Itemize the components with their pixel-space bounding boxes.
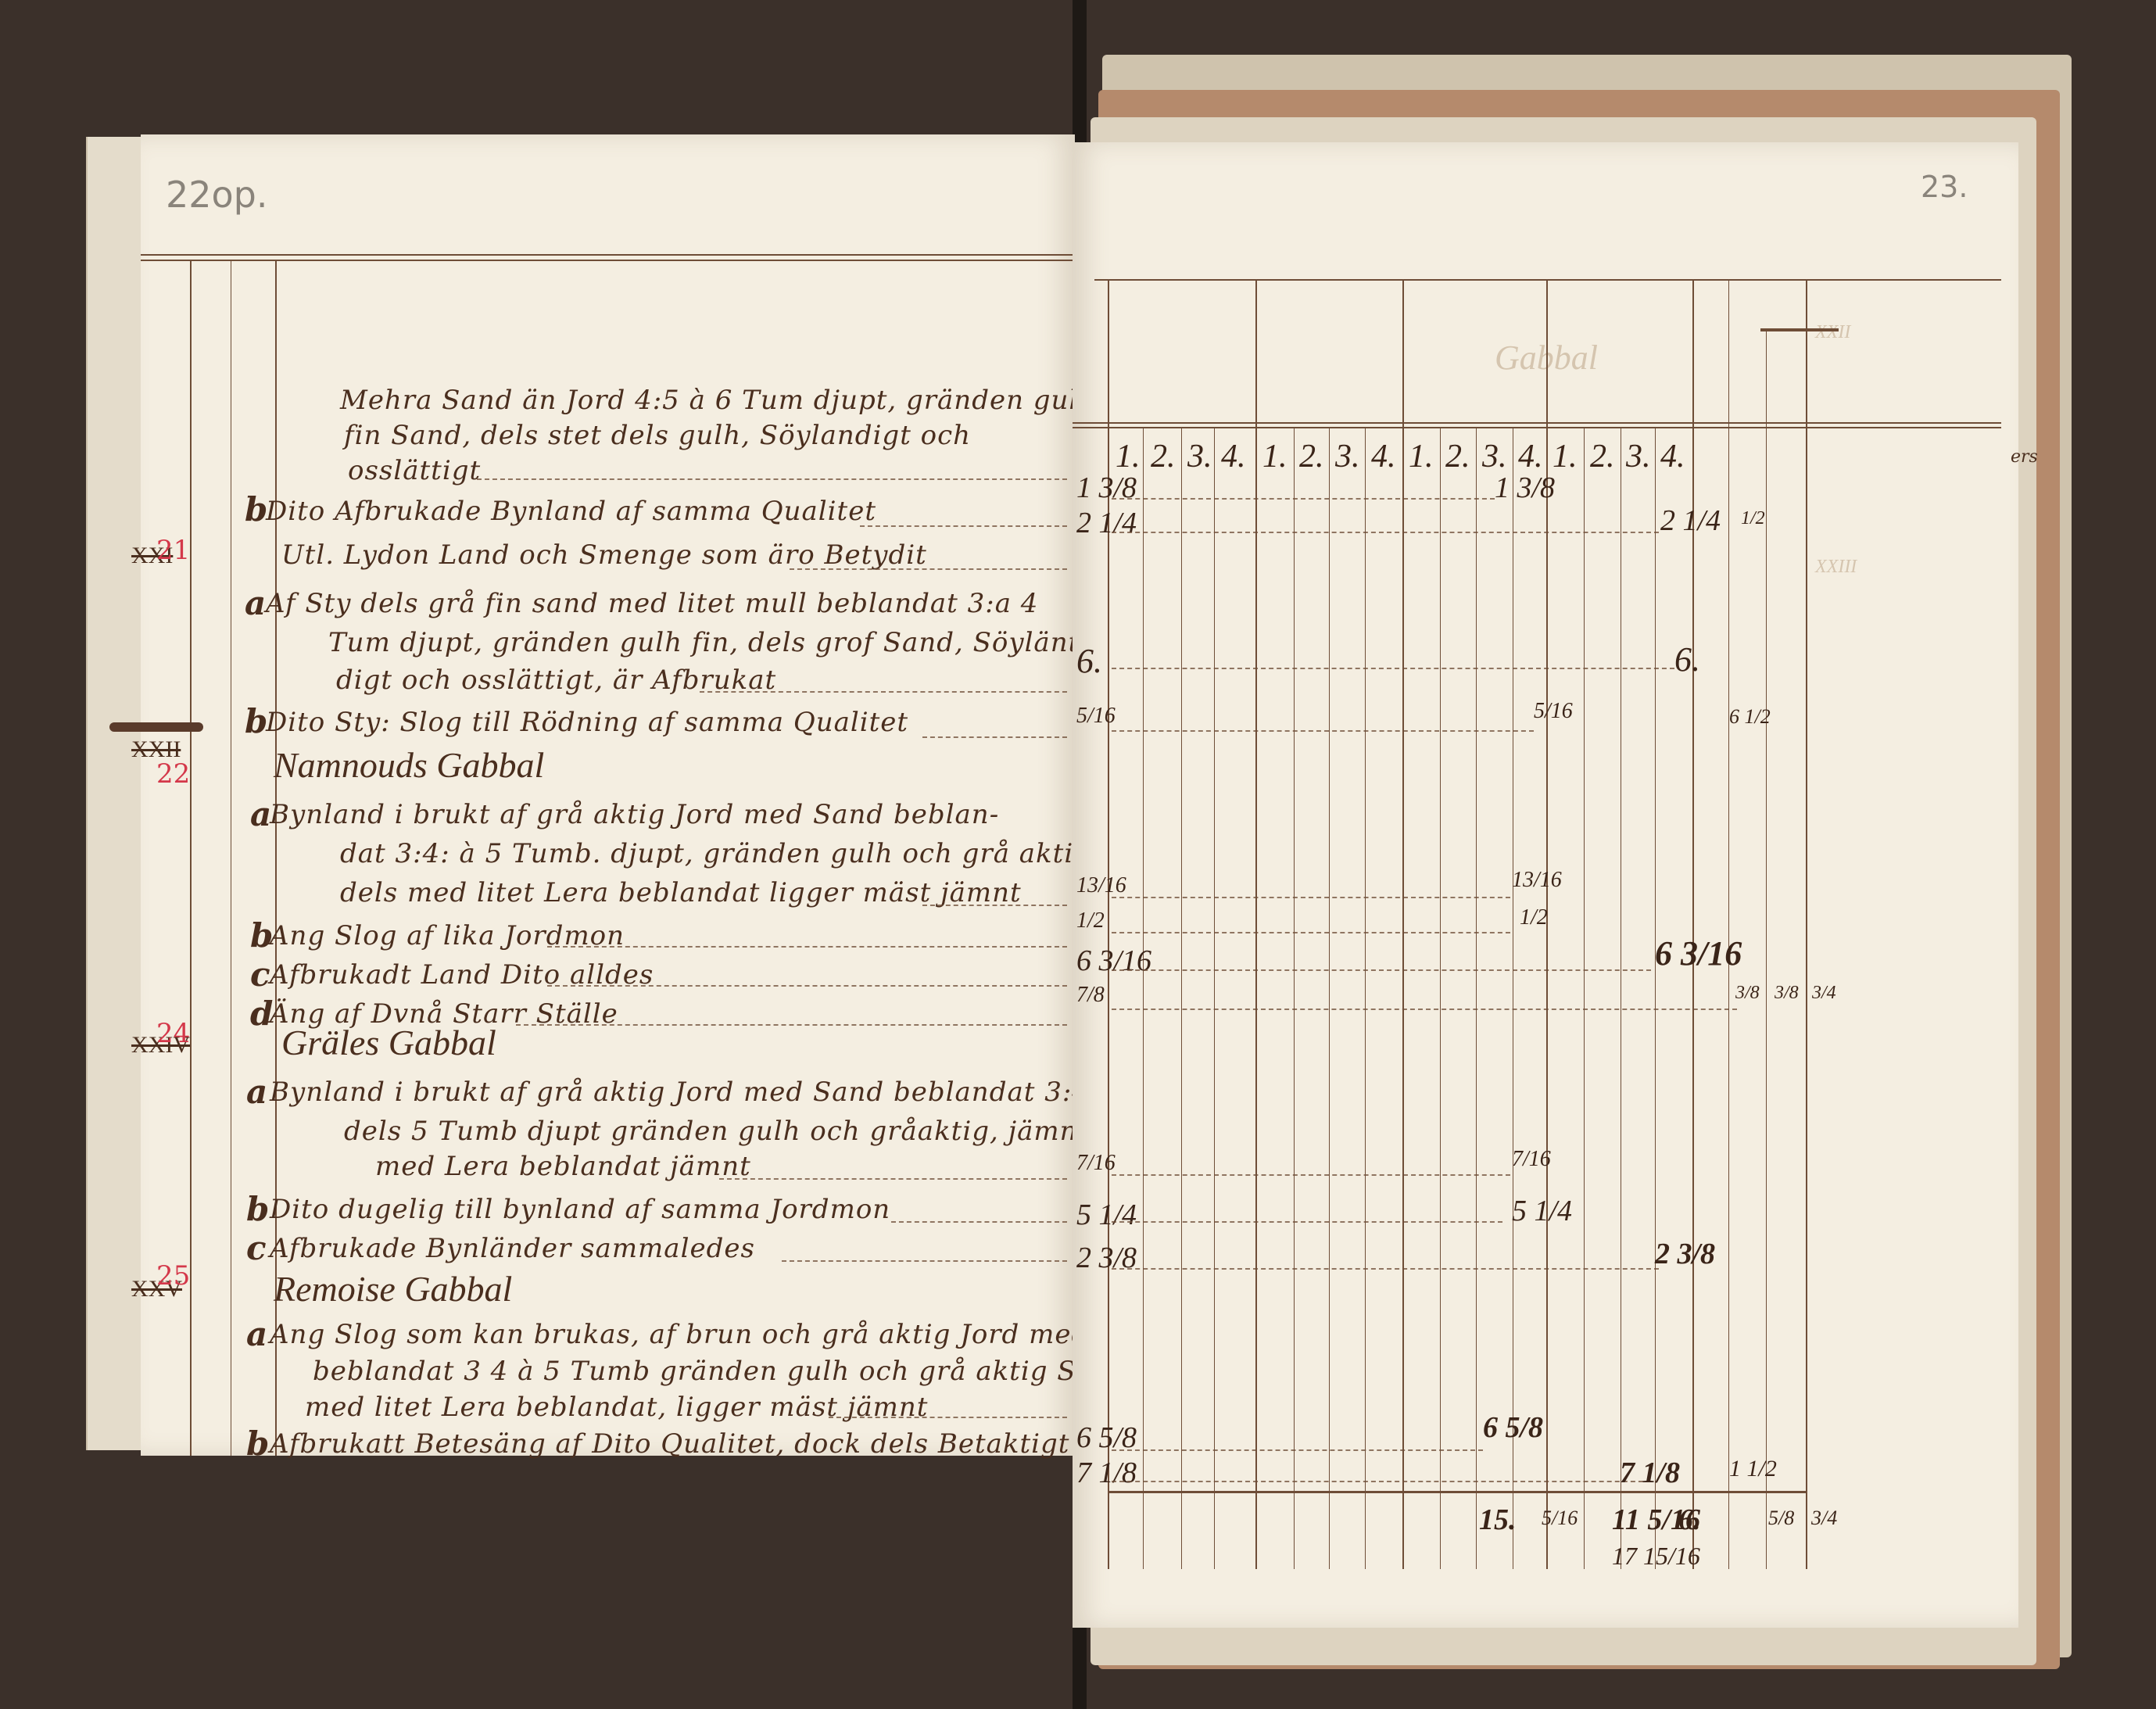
right-page: 23. Gabbal XXII XXIII 1. 2. 3. 4. 1. 2. … [1073,142,2018,1628]
section-arabic-numeral: 25 [156,1260,190,1292]
column-header: 1. [1553,438,1578,475]
intro-line-3: osslättigt [348,455,481,486]
column-header: 4. [1371,438,1396,475]
grand-total: 17 15/16 [1612,1542,1700,1571]
total-value: 15. [1479,1503,1517,1537]
col-rule [1806,279,1807,1569]
entry-text: Dito Sty: Slog till Rödning af samma Qua… [266,707,908,738]
column-header: 4. [1518,438,1543,475]
column-header: 2. [1590,438,1615,475]
col-group-rule [1402,279,1404,1569]
cell-value: 6 1/2 [1729,705,1771,729]
entry-letter: c [250,955,270,994]
cell-value: 13/16 [1512,868,1562,893]
area-value: 6. [1076,641,1102,681]
bleed-through-numeral: XXIII [1815,557,1857,578]
entry-letter: a [245,584,266,622]
total-value: 3/4 [1811,1507,1837,1530]
leader-line [1112,932,1510,933]
column-header: 1. [1116,438,1141,475]
intro-line-2: fin Sand, dels stet dels gulh, Söylandig… [344,420,971,451]
col-rule [1181,428,1182,1569]
leader-line [700,691,1067,693]
entry-letter: b [246,1190,269,1228]
entry-line: Bynland i brukt af grå aktig Jord med Sa… [270,1077,1090,1108]
entry-line: dels 5 Tumb djupt gränden gulh och gråak… [344,1116,1089,1147]
header-bottom-rule [1073,422,2001,424]
leader-line [719,1178,1067,1180]
col-rule [1214,428,1215,1569]
page-pencil-number: 22op. [166,174,268,216]
leader-line [1112,897,1510,898]
col-rule [1621,428,1621,1569]
col-rule [1365,428,1366,1569]
area-value: 5/16 [1076,704,1116,729]
entry-letter: b [246,1424,269,1463]
col-rule [1294,428,1295,1569]
cell-value: 2 3/8 [1655,1237,1715,1271]
margin-note: ers [2011,447,2038,467]
intro-line-1: Mehra Sand än Jord 4:5 à 6 Tum djupt, gr… [340,385,1096,416]
entry-text: Utl. Lydon Land och Smenge som äro Betyd… [281,539,927,571]
section-arabic-numeral: 21 [156,535,190,566]
entry-letter: a [246,1315,267,1353]
section-title: Namnouds Gabbal [274,744,544,786]
total-value: 5/8 [1768,1507,1794,1530]
col-rule [1766,328,1767,1569]
page-pencil-number: 23. [1921,170,1968,204]
cell-value: 6 3/16 [1655,933,1742,973]
cell-value: 3/8 [1775,983,1799,1004]
col-rule [1143,428,1144,1569]
header-bottom-rule-double [1073,427,2001,428]
leader-line [1112,498,1495,500]
entry-line: med Lera beblandat jämnt [375,1151,751,1182]
entry-letter: c [246,1229,267,1267]
leader-line [790,568,1067,570]
entry-line: dels med litet Lera beblandat ligger mäs… [340,877,1022,908]
cell-value: 1 1/2 [1729,1456,1777,1482]
entry-line: Tum djupt, gränden gulh fin, dels grof S… [328,627,1080,658]
leader-line [860,525,1067,527]
leader-line [1112,1174,1510,1176]
entry-letter: b [245,490,267,528]
leader-line [1112,1449,1483,1451]
header-top-rule [1094,279,2001,281]
column-header: 3. [1626,438,1651,475]
area-value: 7/16 [1076,1151,1116,1176]
area-value: 7 1/8 [1076,1456,1137,1490]
leader-line [1112,1268,1659,1270]
leader-line [1112,730,1534,732]
total-value: 5/16 [1542,1507,1578,1530]
bleed-through-numeral: XXII [1815,322,1850,343]
ink-blot [109,722,203,732]
left-page: 22op. Mehra Sand än Jord 4:5 à 6 Tum dju… [141,134,1075,1456]
leader-line [1112,532,1659,533]
cell-value: 6 5/8 [1483,1410,1543,1445]
area-value: 2 1/4 [1076,506,1137,540]
column-header: 1. [1409,438,1434,475]
cell-value: 5/16 [1534,699,1573,724]
top-rule [141,254,1075,256]
column-header: 2. [1151,438,1176,475]
leader-line [516,1024,1067,1026]
column-header: 3. [1482,438,1507,475]
col-rule [1728,279,1729,1569]
column-header: 4. [1660,438,1685,475]
cell-value: 7 1/8 [1620,1456,1680,1490]
cell-value: 2 1/4 [1660,503,1721,538]
section-title: Remoise Gabbal [274,1268,512,1310]
entry-letter: a [250,795,271,833]
area-value: 1/2 [1076,908,1105,933]
leader-line [829,1417,1067,1418]
col-rule [1329,428,1330,1569]
entry-line: dat 3:4: à 5 Tumb. djupt, gränden gulh o… [340,838,1167,869]
entry-text: Dito Afbrukade Bynland af samma Qualitet [266,496,876,527]
leader-line [891,1221,1067,1223]
col-rule [1513,428,1513,1569]
section-title: Gräles Gabbal [281,1022,496,1063]
leader-line [1112,668,1674,669]
leader-line [1112,1221,1502,1223]
entry-line: med litet Lera beblandat, ligger mäst jä… [305,1392,928,1423]
totals-rule [1108,1491,1807,1493]
leader-line [922,736,1067,738]
leader-line [1112,969,1651,971]
col-group-rule [1255,279,1257,1569]
leader-line [547,946,1067,948]
header-box-rule [1760,328,1839,331]
col-rule [1655,428,1656,1569]
column-header: 2. [1299,438,1324,475]
area-value: 2 3/8 [1076,1241,1137,1275]
area-value: 1 3/8 [1076,471,1137,505]
leader-line [922,905,1067,906]
area-value: 7/8 [1076,983,1105,1008]
column-header: 2. [1445,438,1470,475]
leader-line [1112,1009,1737,1010]
entry-line: beblandat 3 4 à 5 Tumb gränden gulh och … [313,1356,1205,1387]
cell-value: 1/2 [1741,508,1765,529]
top-rule-double [141,260,1075,261]
col-rule [1440,428,1441,1569]
entry-letter: a [246,1073,267,1111]
entry-line: Ang Slog som kan brukas, af brun och grå… [270,1319,1169,1350]
entry-text: Dito dugelig till bynland af samma Jordm… [270,1194,890,1225]
margin-line-2 [231,260,231,1456]
entry-text: Afbrukade Bynländer sammaledes [270,1233,755,1264]
leader-line [477,478,1067,480]
entry-line: Af Sty dels grå fin sand med litet mull … [266,588,1038,619]
cell-value: 1 3/8 [1495,471,1555,505]
col-group-rule [1692,279,1694,1569]
column-header: 3. [1187,438,1212,475]
area-value: 13/16 [1076,873,1126,898]
column-header: 1. [1262,438,1288,475]
column-header: 4. [1221,438,1246,475]
col-rule [1476,428,1477,1569]
leader-line [1112,1481,1651,1482]
cell-value: 7/16 [1512,1147,1551,1172]
total-value: 6. [1678,1503,1701,1537]
cell-value: 5 1/4 [1512,1194,1572,1228]
margin-line-1 [190,260,192,1456]
section-arabic-numeral: 24 [156,1018,190,1049]
entry-letter: b [245,702,267,740]
area-value: 5 1/4 [1076,1198,1137,1232]
cell-value: 3/8 [1735,983,1760,1004]
leader-line [547,985,1067,987]
cell-value: 6. [1674,640,1700,679]
cell-value: 3/4 [1812,983,1836,1004]
column-header: 3. [1335,438,1360,475]
col-rule [1584,428,1585,1569]
area-value: 6 3/16 [1076,944,1151,978]
leader-line [782,1260,1067,1262]
entry-text: Afbrukatt Betesäng af Dito Qualitet, doc… [270,1428,1069,1460]
section-arabic-numeral: 22 [156,758,190,790]
entry-line: Bynland i brukt af grå aktig Jord med Sa… [270,799,999,830]
cell-value: 1/2 [1520,905,1548,930]
